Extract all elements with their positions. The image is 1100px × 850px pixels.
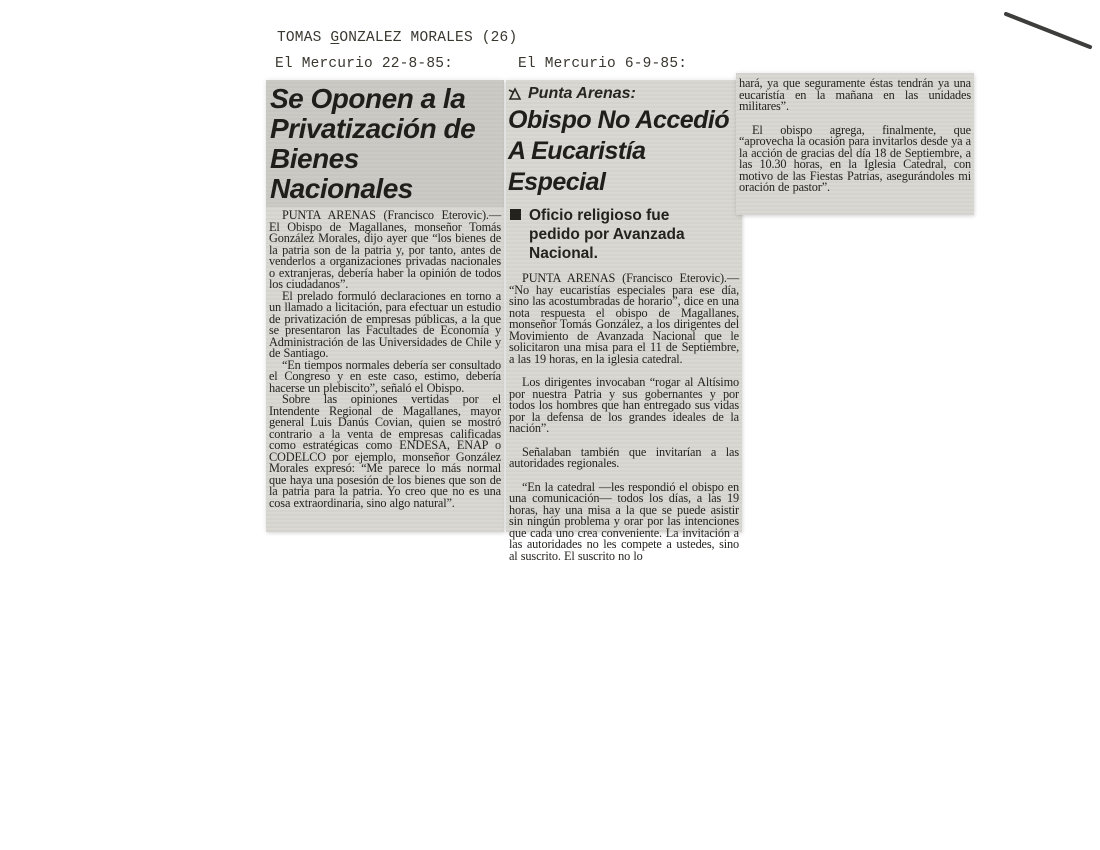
headline-line: Se Oponen a la [270,84,502,114]
headline-privatizacion: Se Oponen a la Privatización de Bienes N… [266,80,504,207]
article-body: PUNTA ARENAS (Francisco Eterovic).— El O… [266,207,504,509]
article-paragraph: El obispo agrega, finalmente, que “aprov… [739,125,971,194]
article-paragraph: “En la catedral —les respondió el obispo… [509,482,739,563]
clipping-eucaristia: Punta Arenas: Obispo No Accedió A Eucari… [506,80,742,532]
kicker-punta-arenas: Punta Arenas: [506,80,742,105]
article-paragraph: “En tiempos normales debería ser consult… [269,360,501,395]
headline-eucaristia: Obispo No Accedió A Eucaristía Especial [506,105,742,198]
subhead-oficio: Oficio religioso fue pedido por Avanzada… [506,198,730,265]
kicker-triangle-icon [508,87,522,101]
article-body: hará, ya que seguramente éstas tendrán y… [736,73,974,194]
source-caption-right: El Mercurio 6-9-85: [518,56,687,72]
square-bullet-icon [510,209,521,220]
clipping-privatizacion: Se Oponen a la Privatización de Bienes N… [266,80,504,532]
article-paragraph: hará, ya que seguramente éstas tendrán y… [739,78,971,113]
article-paragraph: PUNTA ARENAS (Francisco Eterovic).— “No … [509,273,739,365]
pen-mark-artifact [990,0,1100,60]
article-paragraph: Señalaban también que invitarían a las a… [509,447,739,470]
page-title: TOMAS GONZALEZ MORALES (26) [277,30,517,46]
scanned-press-clippings-page: { "colors": { "paper": "#ffffff", "newsp… [0,0,1100,850]
source-caption-left: El Mercurio 22-8-85: [275,56,453,72]
article-paragraph: Sobre las opiniones vertidas por el Inte… [269,394,501,509]
article-paragraph: Los dirigentes invocaban “rogar al Altís… [509,377,739,435]
headline-line: Privatización de [270,114,502,144]
article-paragraph: PUNTA ARENAS (Francisco Eterovic).— El O… [269,210,501,291]
article-body: PUNTA ARENAS (Francisco Eterovic).— “No … [506,265,742,562]
page-title-underlined-letter: G [330,30,339,46]
page-title-pre: TOMAS [277,30,330,46]
headline-line: Obispo No Accedió [508,105,742,136]
headline-line: Bienes Nacionales [270,144,502,204]
subhead-text: Oficio religioso fue pedido por Avanzada… [529,206,724,263]
kicker-label: Punta Arenas: [528,85,636,103]
clipping-eucaristia-continuation: hará, ya que seguramente éstas tendrán y… [736,73,974,215]
headline-line: A Eucaristía Especial [508,136,742,198]
page-title-post: ONZALEZ MORALES (26) [339,30,517,46]
article-paragraph: El prelado formuló declaraciones en torn… [269,291,501,360]
